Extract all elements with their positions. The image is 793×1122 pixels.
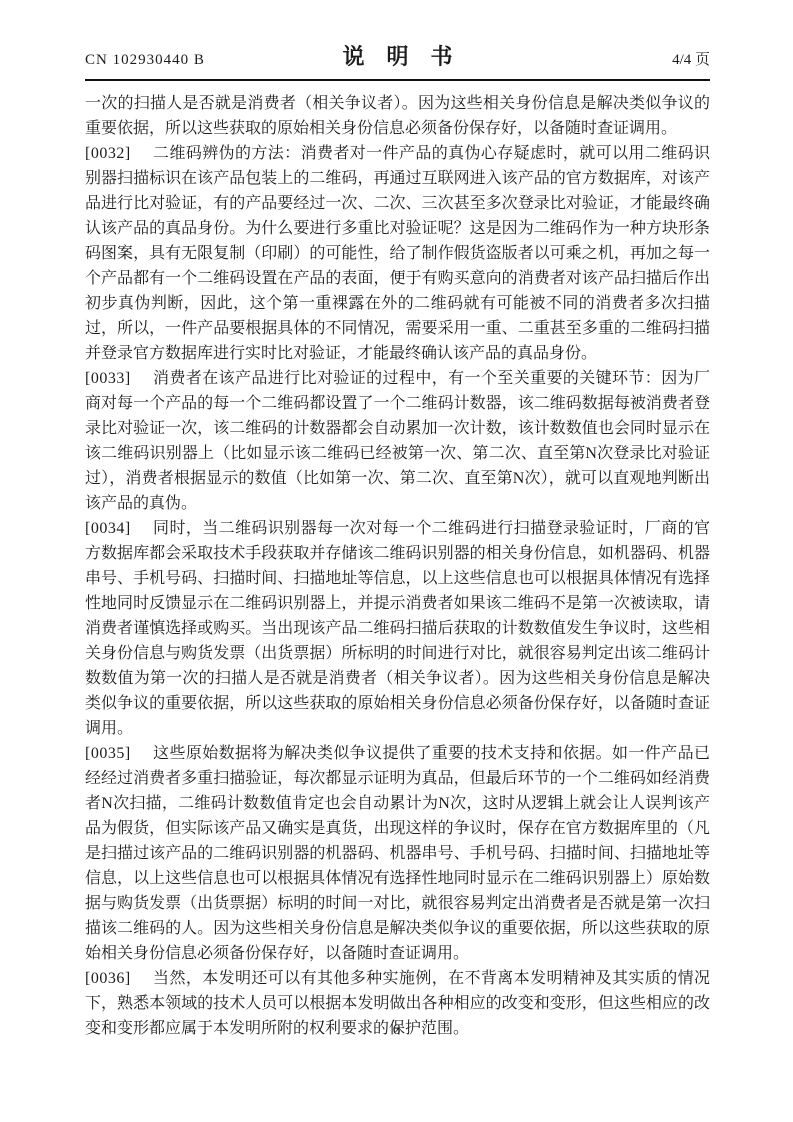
page-number: 6 [393,1022,401,1038]
document-number: CN 102930440 B [85,52,265,69]
paragraph-0035: [0035]这些原始数据将为解决类似争议提供了重要的技术支持和依据。如一件产品已… [85,741,710,966]
para-tag: [0035] [85,741,131,766]
para-text: 这些原始数据将为解决类似争议提供了重要的技术支持和依据。如一件产品已经经过消费者… [85,745,710,962]
document-title: 说 明 书 [265,40,530,71]
page-footer: 6 [0,1022,793,1039]
patent-document-page: CN 102930440 B 说 明 书 4/4 页 一次的扫描人是否就是消费者… [0,0,793,1122]
para-text: 消费者在该产品进行比对验证的过程中，有一个至关重要的关键环节：因为厂商对每一个产… [85,370,710,512]
content-area: CN 102930440 B 说 明 书 4/4 页 一次的扫描人是否就是消费者… [85,40,710,1041]
para-text: 同时，当二维码识别器每一次对每一个二维码进行扫描登录验证时，厂商的官方数据库都会… [85,520,710,737]
para-text: 一次的扫描人是否就是消费者（相关争议者）。因为这些相关身份信息是解决类似争议的重… [85,95,710,137]
para-text: 二维码辨伪的方法：消费者对一件产品的真伪心存疑虑时，就可以用二维码识别器扫描标识… [85,145,710,362]
specification-body: 一次的扫描人是否就是消费者（相关争议者）。因为这些相关身份信息是解决类似争议的重… [85,91,710,1041]
para-tag: [0032] [85,141,131,166]
paragraph-0033: [0033]消费者在该产品进行比对验证的过程中，有一个至关重要的关键环节：因为厂… [85,366,710,516]
paragraph-continuation: 一次的扫描人是否就是消费者（相关争议者）。因为这些相关身份信息是解决类似争议的重… [85,91,710,141]
para-tag: [0036] [85,966,131,991]
paragraph-0034: [0034]同时，当二维码识别器每一次对每一个二维码进行扫描登录验证时，厂商的官… [85,516,710,741]
page-indicator: 4/4 页 [530,48,710,69]
para-tag: [0033] [85,366,131,391]
para-tag: [0034] [85,516,131,541]
page-header: CN 102930440 B 说 明 书 4/4 页 [85,40,710,81]
paragraph-0032: [0032]二维码辨伪的方法：消费者对一件产品的真伪心存疑虑时，就可以用二维码识… [85,141,710,366]
